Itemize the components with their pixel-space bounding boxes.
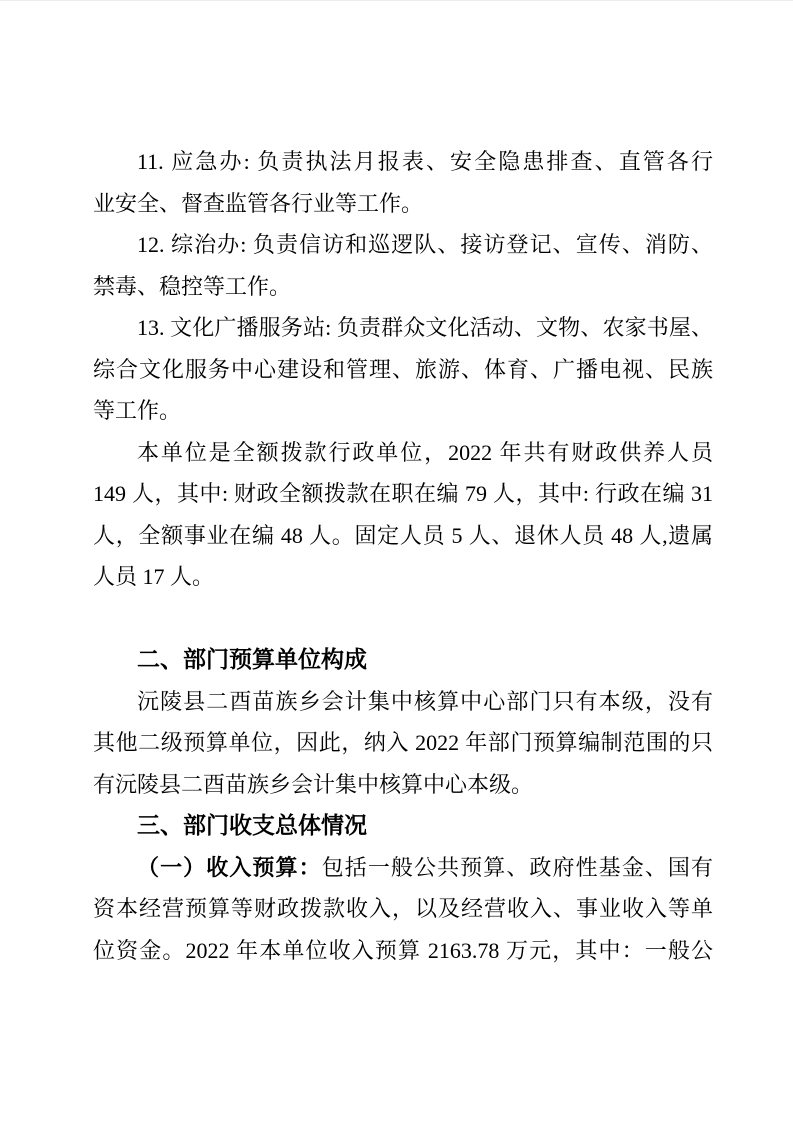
section-heading-2: 二、部门预算单位构成 (93, 639, 713, 681)
income-lead-bold: （一）收入预算： (137, 855, 322, 880)
composition-paragraph-line-1: 沅陵县二酉苗族乡会计集中核算中心部门只有本级，没有 (93, 681, 713, 723)
staffing-paragraph-line-3: 人，全额事业在编 48 人。固定人员 5 人、退休人员 48 人,遗属 (93, 515, 713, 557)
duty-item-13-line-3: 等工作。 (93, 390, 713, 432)
income-line-1-rest: 包括一般公共预算、政府性基金、国有 (322, 855, 713, 880)
duty-item-13-line-1: 13. 文化广播服务站: 负责群众文化活动、文物、农家书屋、 (93, 307, 713, 349)
duty-item-12-line-1: 12. 综治办: 负责信访和巡逻队、接访登记、宣传、消防、 (93, 224, 713, 266)
staffing-paragraph-line-2: 149 人，其中: 财政全额拨款在职在编 79 人，其中: 行政在编 31 (93, 473, 713, 515)
income-paragraph-line-1: （一）收入预算：包括一般公共预算、政府性基金、国有 (93, 847, 713, 889)
document-page: 11. 应急办: 负责执法月报表、安全隐患排查、直管各行 业安全、督查监管各行业… (0, 0, 793, 1122)
staffing-paragraph-line-4: 人员 17 人。 (93, 556, 713, 598)
duty-item-11-line-1: 11. 应急办: 负责执法月报表、安全隐患排查、直管各行 (93, 141, 713, 183)
composition-paragraph-line-3: 有沅陵县二酉苗族乡会计集中核算中心本级。 (93, 764, 713, 806)
income-paragraph-line-2: 资本经营预算等财政拨款收入，以及经营收入、事业收入等单 (93, 888, 713, 930)
blank-line (93, 598, 713, 640)
duty-item-11-line-2: 业安全、督查监管各行业等工作。 (93, 183, 713, 225)
duty-item-13-line-2: 综合文化服务中心建设和管理、旅游、体育、广播电视、民族 (93, 349, 713, 391)
section-heading-3: 三、部门收支总体情况 (93, 805, 713, 847)
income-paragraph-line-3: 位资金。2022 年本单位收入预算 2163.78 万元，其中：一般公 (93, 930, 713, 972)
staffing-paragraph-line-1: 本单位是全额拨款行政单位，2022 年共有财政供养人员 (93, 432, 713, 474)
composition-paragraph-line-2: 其他二级预算单位，因此，纳入 2022 年部门预算编制范围的只 (93, 722, 713, 764)
duty-item-12-line-2: 禁毒、稳控等工作。 (93, 266, 713, 308)
